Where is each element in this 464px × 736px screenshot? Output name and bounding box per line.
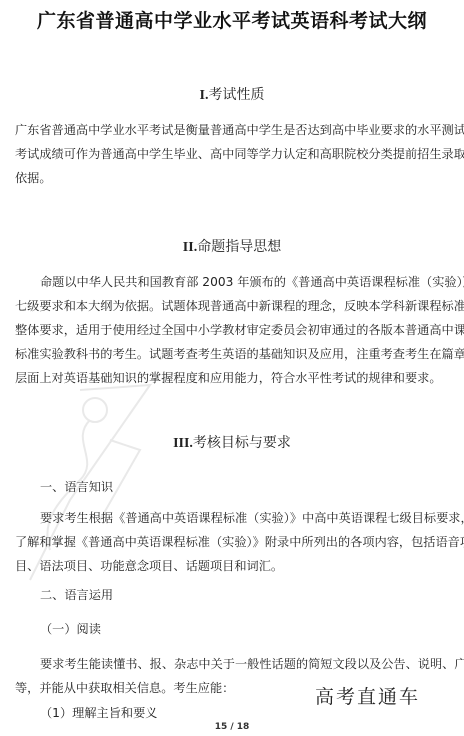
paragraph-language-knowledge: 要求考生根据《普通高中英语课程标准（实验）》中高中英语课程七级目标要求， 了解和… [15, 506, 455, 578]
watermark-text: 高考直通车 [315, 682, 420, 709]
text-line: 层面上对英语基础知识的掌握程度和应用能力，符合水平性考试的规律和要求。 [15, 366, 455, 390]
document-page: 广东省普通高中学业水平考试英语科考试大纲 I.考试性质 广东省普通高中学业水平考… [0, 0, 464, 736]
text-line: 要求考生根据《普通高中英语课程标准（实验）》中高中英语课程七级目标要求， [15, 506, 455, 530]
text-line: 考试成绩可作为普通高中学生毕业、高中同等学力认定和高职院校分类提前招生录取的 [15, 142, 455, 166]
section-heading-3: III.考核目标与要求 [0, 432, 464, 452]
list-item-main-idea: （1）理解主旨和要义 [40, 704, 157, 721]
text-line: 七级要求和本大纲为依据。试题体现普通高中新课程的理念，反映本学科新课程标准的 [15, 294, 455, 318]
sub-heading-reading: （一）阅读 [40, 620, 101, 637]
text-line: 了解和掌握《普通高中英语课程标准（实验）》附录中所列出的各项内容，包括语音项 [15, 530, 455, 554]
document-title: 广东省普通高中学业水平考试英语科考试大纲 [0, 6, 464, 33]
section-title: 考核目标与要求 [193, 435, 291, 451]
text-line: 依据。 [15, 166, 455, 190]
subsection-heading-language-knowledge: 一、语言知识 [40, 478, 113, 495]
section-numeral: II. [183, 240, 197, 255]
paragraph-exam-nature: 广东省普通高中学业水平考试是衡量普通高中学生是否达到高中毕业要求的水平测试。 考… [15, 118, 455, 190]
text-line: 命题以中华人民共和国教育部 2003 年颁布的《普通高中英语课程标准（实验）》 [15, 270, 455, 294]
text-line: 整体要求，适用于使用经过全国中小学教材审定委员会初审通过的各版本普通高中课程 [15, 318, 455, 342]
section-heading-1: I.考试性质 [0, 84, 464, 104]
subsection-heading-language-use: 二、语言运用 [40, 586, 113, 603]
section-heading-2: II.命题指导思想 [0, 236, 464, 256]
text-line: 要求考生能读懂书、报、杂志中关于一般性话题的简短文段以及公告、说明、广告 [15, 652, 455, 676]
page-number: 15 / 18 [0, 722, 464, 732]
paragraph-guiding-principles: 命题以中华人民共和国教育部 2003 年颁布的《普通高中英语课程标准（实验）》 … [15, 270, 455, 390]
section-title: 考试性质 [208, 87, 264, 103]
text-line: 广东省普通高中学业水平考试是衡量普通高中学生是否达到高中毕业要求的水平测试。 [15, 118, 455, 142]
text-line: 目、语法项目、功能意念项目、话题项目和词汇。 [15, 554, 455, 578]
section-title: 命题指导思想 [197, 239, 281, 255]
section-numeral: III. [173, 436, 193, 451]
text-line: 标准实验教科书的考生。试题考查考生英语的基础知识及应用，注重考查考生在篇章的 [15, 342, 455, 366]
